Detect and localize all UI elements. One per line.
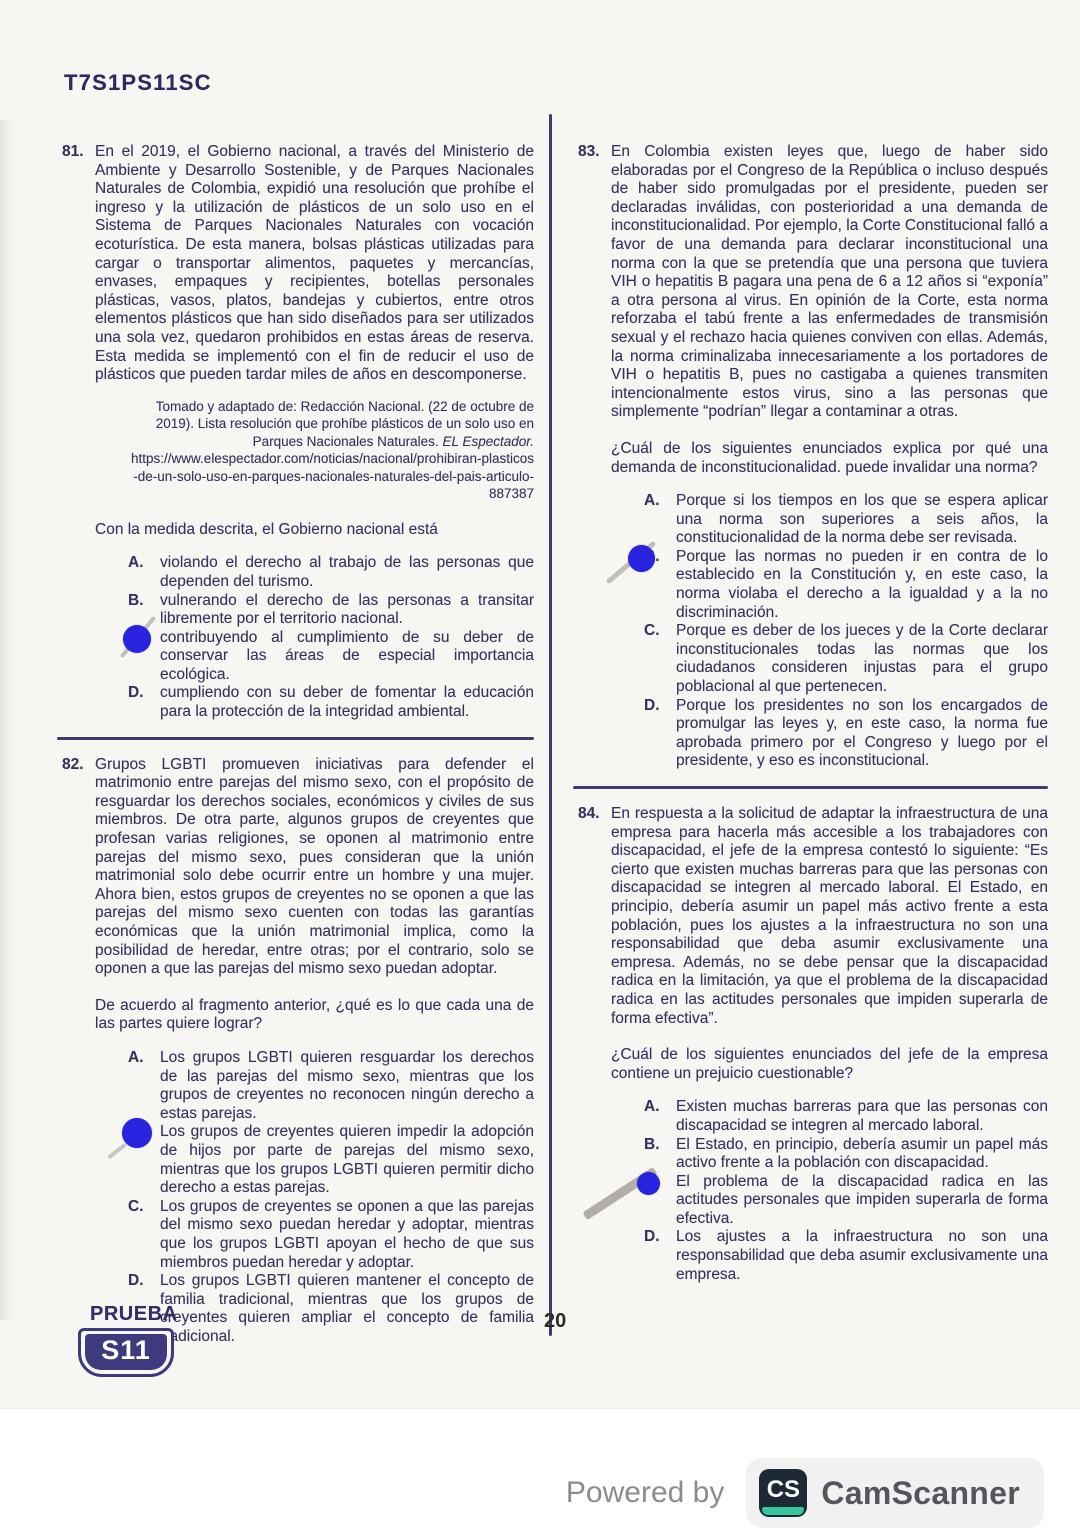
options-list: A. Existen muchas barreras para que las … xyxy=(644,1098,1048,1284)
answer-marker-dot xyxy=(122,1118,152,1148)
option-c-marked: C. El problema de la discapacidad radica… xyxy=(644,1173,1048,1229)
option-b: B. El Estado, en principio, debería asum… xyxy=(644,1136,1048,1173)
option-d: D. cumpliendo con su deber de fomentar l… xyxy=(128,684,534,721)
option-text: Los ajustes a la infraestructura no son … xyxy=(676,1228,1048,1282)
option-d: D. Los ajustes a la infraestructura no s… xyxy=(644,1228,1048,1284)
pencil-stroke xyxy=(107,1143,127,1160)
camscanner-logo-initials: CS xyxy=(767,1476,800,1504)
option-letter: A. xyxy=(128,554,144,573)
left-column: 81. En el 2019, el Gobierno nacional, a … xyxy=(62,143,534,1346)
option-b-marked: B. Los grupos de creyentes quieren imped… xyxy=(128,1123,534,1197)
option-text: Porque es deber de los jueces y de la Co… xyxy=(676,622,1048,695)
options-list: A. Porque si los tiempos en los que se e… xyxy=(644,492,1048,771)
option-text: El problema de la discapacidad radica en… xyxy=(676,1173,1048,1227)
option-text: El Estado, en principio, debería asumir … xyxy=(676,1136,1048,1172)
option-text: Los grupos LGBTI quieren resguardar los … xyxy=(160,1049,534,1122)
option-c: C. Porque es deber de los jueces y de la… xyxy=(644,622,1048,696)
question-prompt: ¿Cuál de los siguientes enunciados del j… xyxy=(611,1046,1048,1083)
option-letter: B. xyxy=(128,592,144,611)
option-a: A. violando el derecho al trabajo de las… xyxy=(128,554,534,591)
option-c: C. Los grupos de creyentes se oponen a q… xyxy=(128,1198,534,1272)
option-text: contribuyendo al cumplimiento de su debe… xyxy=(160,629,534,683)
source-citation: Tomado y adaptado de: Redacción Nacional… xyxy=(131,398,534,503)
option-text: Porque si los tiempos en los que se espe… xyxy=(676,492,1048,546)
scanned-exam-page: T7S1PS11SC 81. En el 2019, el Gobierno n… xyxy=(0,0,1080,1528)
question-body: Grupos LGBTI promueven iniciativas para … xyxy=(95,756,534,979)
option-text: Porque las normas no pueden ir en contra… xyxy=(676,548,1048,621)
answer-marker-dot xyxy=(123,625,151,653)
prueba-badge-outline: S11 xyxy=(78,1328,174,1377)
option-letter: D. xyxy=(644,697,660,716)
section-divider xyxy=(57,737,534,740)
question-body: En respuesta a la solicitud de adaptar l… xyxy=(611,805,1048,1028)
option-b-marked: B. Porque las normas no pueden ir en con… xyxy=(644,548,1048,622)
question-number: 84. xyxy=(578,805,600,824)
option-letter: D. xyxy=(644,1228,660,1247)
option-text: Los grupos LGBTI quieren mantener el con… xyxy=(160,1272,534,1345)
option-a: A. Porque si los tiempos en los que se e… xyxy=(644,492,1048,548)
option-text: violando el derecho al trabajo de las pe… xyxy=(160,554,534,590)
option-a: A. Existen muchas barreras para que las … xyxy=(644,1098,1048,1135)
options-list: A. Los grupos LGBTI quieren resguardar l… xyxy=(128,1049,534,1347)
question-81: 81. En el 2019, el Gobierno nacional, a … xyxy=(62,143,534,722)
camscanner-logo-icon: CS xyxy=(759,1469,807,1517)
option-text: vulnerando el derecho de las personas a … xyxy=(160,592,534,628)
option-text: Los grupos de creyentes se oponen a que … xyxy=(160,1198,534,1271)
option-letter: D. xyxy=(128,1272,144,1291)
test-form-code: T7S1PS11SC xyxy=(64,70,212,96)
question-body: En Colombia existen leyes que, luego de … xyxy=(611,143,1048,422)
option-b: B. vulnerando el derecho de las personas… xyxy=(128,592,534,629)
scan-edge-shadow xyxy=(0,120,14,1320)
option-text: cumpliendo con su deber de fomentar la e… xyxy=(160,684,534,720)
question-prompt: ¿Cuál de los siguientes enunciados expli… xyxy=(611,440,1048,477)
section-divider xyxy=(573,786,1048,789)
option-c-marked: C. contribuyendo al cumplimiento de su d… xyxy=(128,629,534,685)
camscanner-logo-teal-bar xyxy=(762,1507,804,1515)
option-letter: C. xyxy=(128,1198,144,1217)
question-number: 81. xyxy=(62,143,84,162)
camscanner-footer: Powered by CS CamScanner xyxy=(566,1458,1044,1528)
option-text: Porque los presidentes no son los encarg… xyxy=(676,697,1048,770)
option-a: A. Los grupos LGBTI quieren resguardar l… xyxy=(128,1049,534,1123)
option-letter: B. xyxy=(644,1136,660,1155)
column-divider xyxy=(549,114,552,1336)
page-number: 20 xyxy=(544,1310,566,1333)
answer-marker-dot xyxy=(628,545,655,572)
question-number: 82. xyxy=(62,756,84,775)
question-84: 84. En respuesta a la solicitud de adapt… xyxy=(578,805,1048,1284)
question-body: En el 2019, el Gobierno nacional, a trav… xyxy=(95,143,534,385)
option-letter: A. xyxy=(644,492,660,511)
option-letter: C. xyxy=(644,622,660,641)
option-letter: A. xyxy=(128,1049,144,1068)
prueba-badge-group: PRUEBA S11 xyxy=(78,1303,188,1377)
option-d: D. Los grupos LGBTI quieren mantener el … xyxy=(128,1272,534,1346)
option-letter: D. xyxy=(128,684,144,703)
answer-marker-dot xyxy=(637,1172,660,1195)
camscanner-brand-name: CamScanner xyxy=(821,1475,1020,1512)
right-column: 83. En Colombia existen leyes que, luego… xyxy=(578,143,1048,1284)
question-83: 83. En Colombia existen leyes que, luego… xyxy=(578,143,1048,771)
question-prompt: De acuerdo al fragmento anterior, ¿qué e… xyxy=(95,997,534,1034)
question-82: 82. Grupos LGBTI promueven iniciativas p… xyxy=(62,756,534,1347)
option-text: Existen muchas barreras para que las per… xyxy=(676,1098,1048,1134)
option-d: D. Porque los presidentes no son los enc… xyxy=(644,697,1048,771)
citation-source-name: EL Espectador. xyxy=(442,434,534,449)
options-list: A. violando el derecho al trabajo de las… xyxy=(128,554,534,721)
option-text: Los grupos de creyentes quieren impedir … xyxy=(160,1123,534,1196)
option-letter: A. xyxy=(644,1098,660,1117)
question-number: 83. xyxy=(578,143,600,162)
prueba-code: S11 xyxy=(85,1334,167,1370)
citation-url: https://www.elespectador.com/noticias/na… xyxy=(131,450,534,503)
question-prompt: Con la medida descrita, el Gobierno naci… xyxy=(95,521,534,540)
camscanner-link-badge[interactable]: CS CamScanner xyxy=(746,1458,1044,1528)
powered-by-text: Powered by xyxy=(566,1476,724,1510)
prueba-label: PRUEBA xyxy=(90,1303,188,1326)
